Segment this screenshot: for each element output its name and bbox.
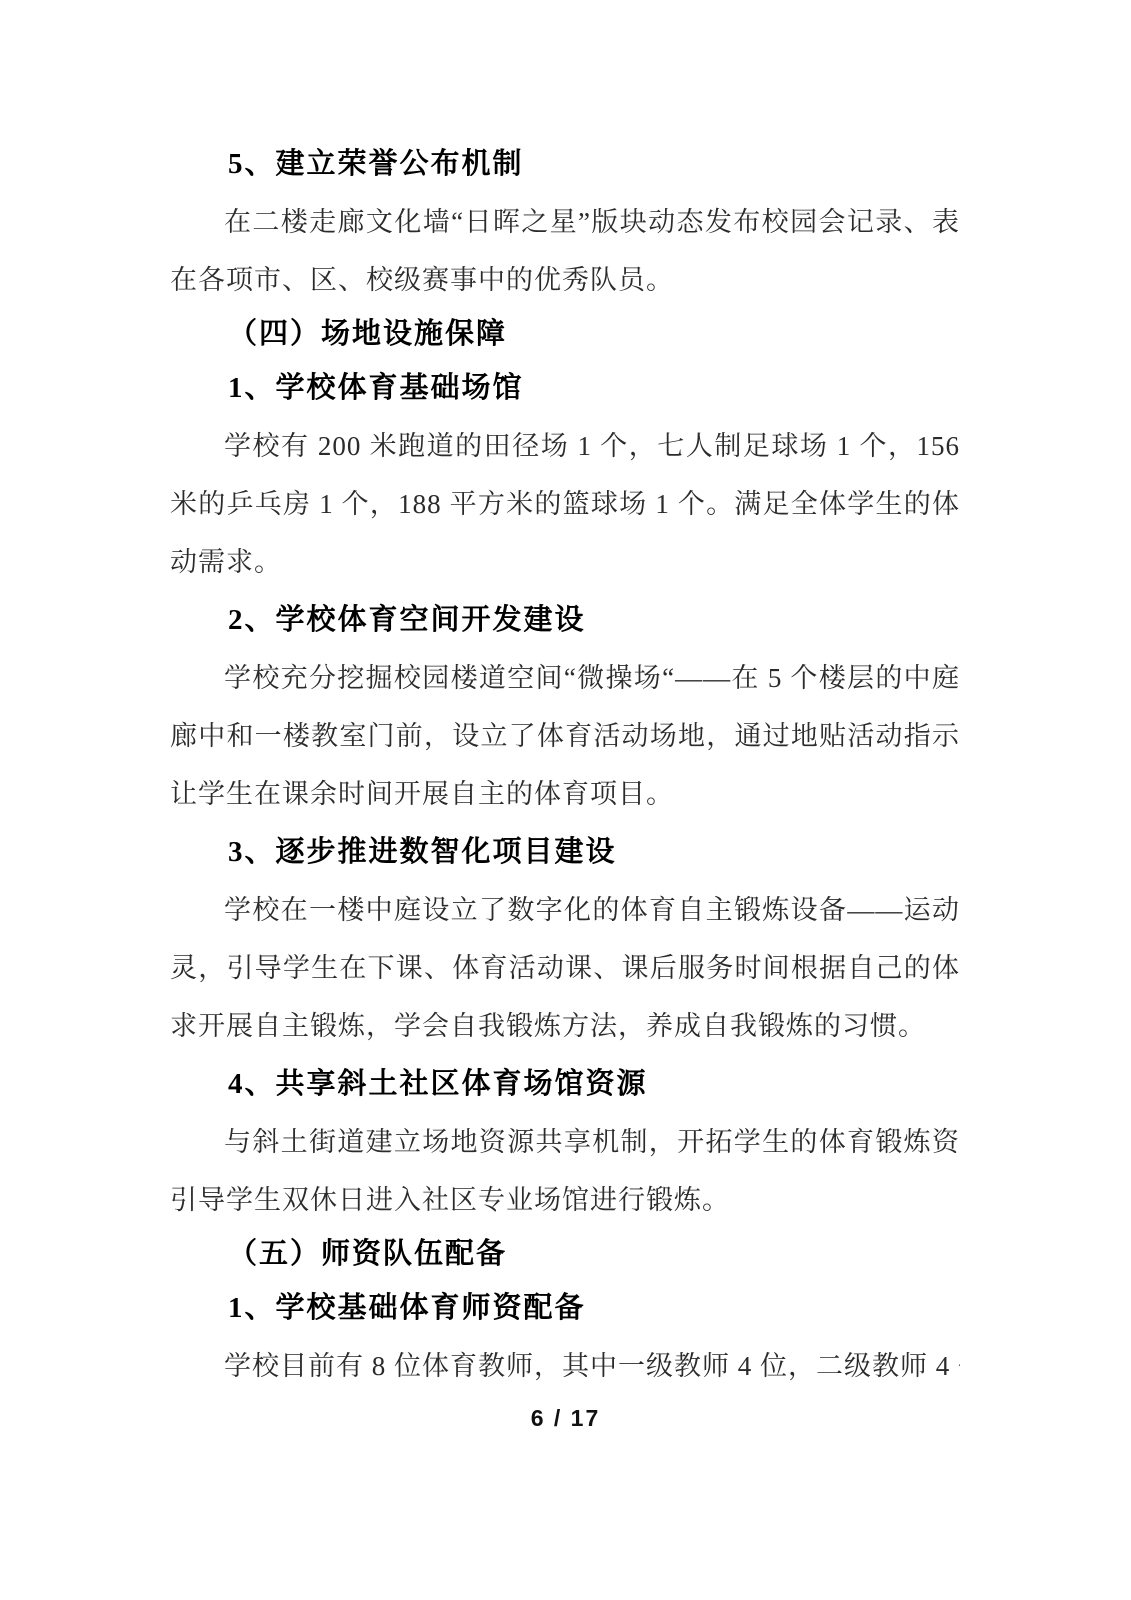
paragraph-line: 灵，引导学生在下课、体育活动课、课后服务时间根据自己的体育需 xyxy=(170,939,960,997)
page-number: 6 / 17 xyxy=(0,1405,1131,1432)
paragraph-line: 学校充分挖掘校园楼道空间“微操场“——在 5 个楼层的中庭走 xyxy=(170,649,960,707)
paragraph-line: 引导学生双休日进入社区专业场馆进行锻炼。 xyxy=(170,1171,960,1229)
paragraph-line: 米的乒乓房 1 个，188 平方米的篮球场 1 个。满足全体学生的体育活 xyxy=(170,475,960,533)
section-heading: （四）场地设施保障 xyxy=(170,309,960,359)
subsection-heading: 1、学校基础体育师资配备 xyxy=(170,1279,960,1337)
paragraph-line: 让学生在课余时间开展自主的体育项目。 xyxy=(170,765,960,823)
paragraph-line: 在各项市、区、校级赛事中的优秀队员。 xyxy=(170,251,960,309)
subsection-heading: 3、逐步推进数智化项目建设 xyxy=(170,823,960,881)
paragraph-line: 在二楼走廊文化墙“日晖之星”版块动态发布校园会记录、表彰 xyxy=(170,193,960,251)
section-heading: （五）师资队伍配备 xyxy=(170,1229,960,1279)
subsection-heading: 2、学校体育空间开发建设 xyxy=(170,591,960,649)
subsection-heading: 1、学校体育基础场馆 xyxy=(170,359,960,417)
paragraph-line: 求开展自主锻炼，学会自我锻炼方法，养成自我锻炼的习惯。 xyxy=(170,997,960,1055)
paragraph-line: 学校目前有 8 位体育教师，其中一级教师 4 位，二级教师 4 位。 xyxy=(170,1337,960,1395)
document-page: 5、建立荣誉公布机制 在二楼走廊文化墙“日晖之星”版块动态发布校园会记录、表彰 … xyxy=(0,0,1131,1600)
paragraph-line: 动需求。 xyxy=(170,533,960,591)
document-body: 5、建立荣誉公布机制 在二楼走廊文化墙“日晖之星”版块动态发布校园会记录、表彰 … xyxy=(170,135,960,1395)
paragraph-line: 廊中和一楼教室门前，设立了体育活动场地，通过地贴活动指示图， xyxy=(170,707,960,765)
paragraph-line: 与斜土街道建立场地资源共享机制，开拓学生的体育锻炼资源， xyxy=(170,1113,960,1171)
subsection-heading: 5、建立荣誉公布机制 xyxy=(170,135,960,193)
subsection-heading: 4、共享斜土社区体育场馆资源 xyxy=(170,1055,960,1113)
paragraph-line: 学校在一楼中庭设立了数字化的体育自主锻炼设备——运动精 xyxy=(170,881,960,939)
paragraph-line: 学校有 200 米跑道的田径场 1 个，七人制足球场 1 个，156 平方 xyxy=(170,417,960,475)
